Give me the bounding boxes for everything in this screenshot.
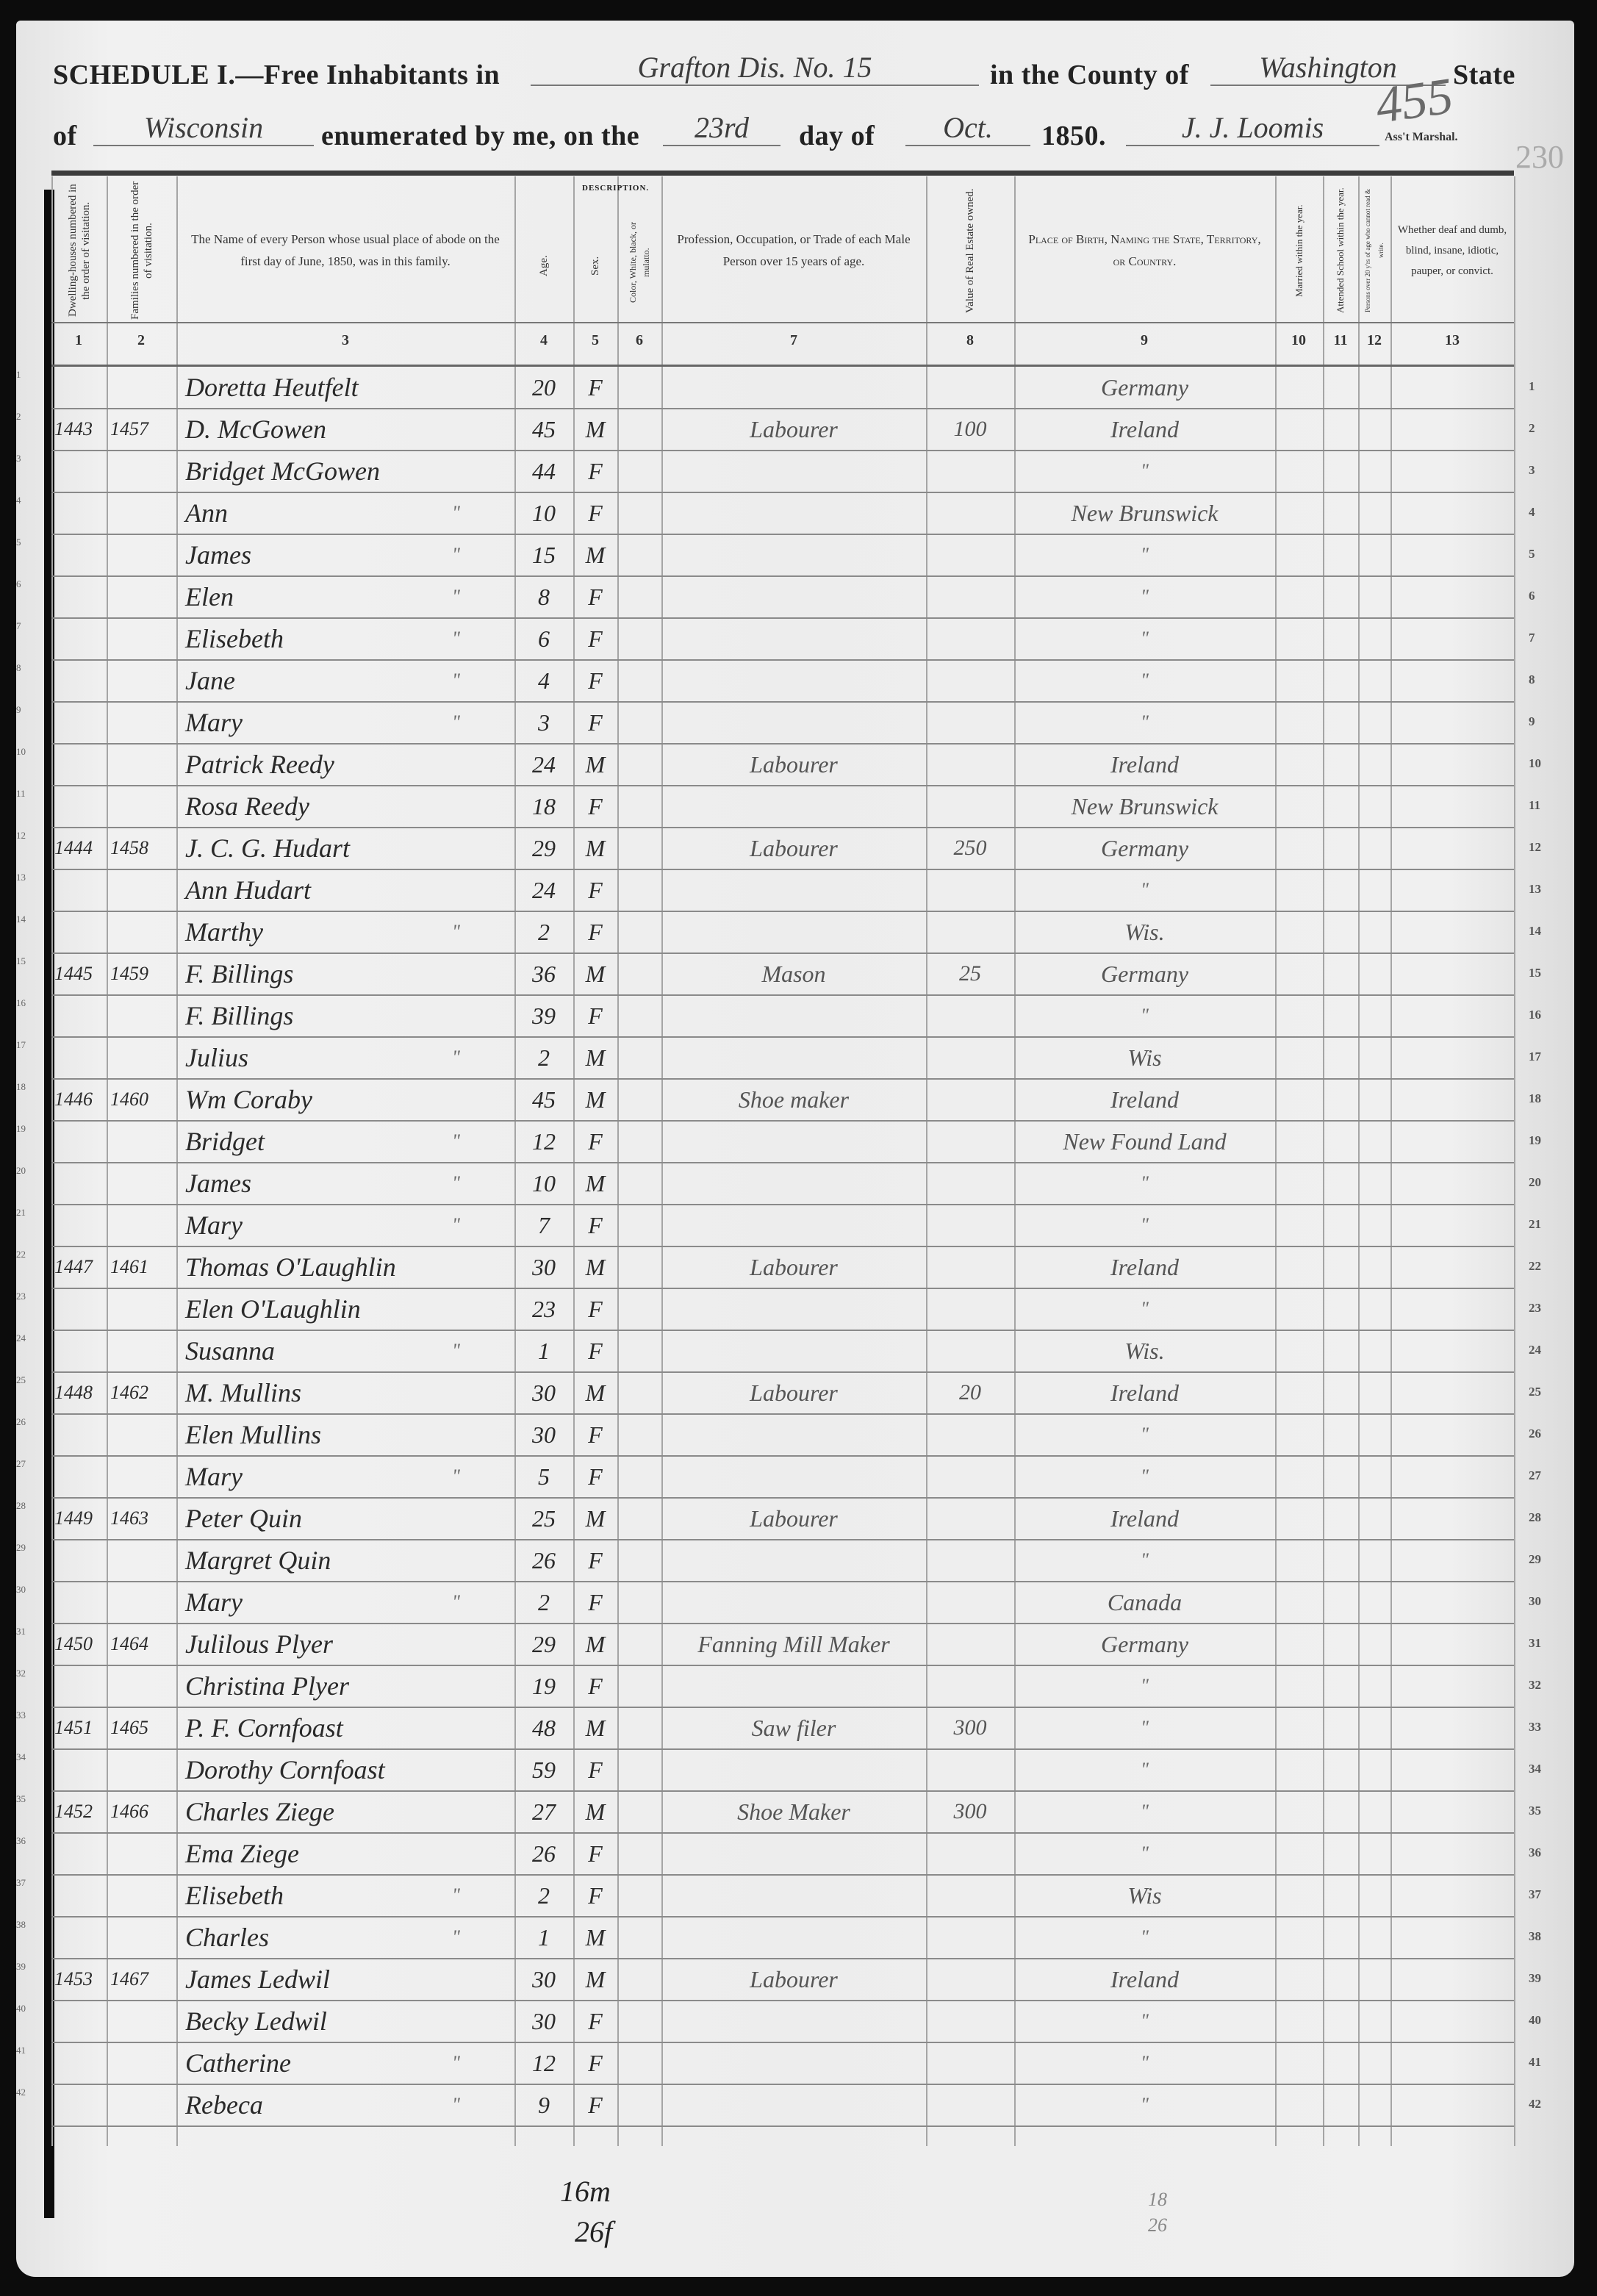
- birthplace: ": [1018, 537, 1271, 573]
- sex: F: [575, 1207, 616, 1244]
- line-number-right: 28: [1529, 1510, 1541, 1525]
- real-estate-value: [930, 578, 1011, 615]
- census-record-row: 31 1450 1464 Julilous Plyer 29 M Fanning…: [51, 1623, 1514, 1666]
- dwelling-number: [54, 2045, 106, 2081]
- colnum-10: 10: [1291, 332, 1306, 349]
- family-number: [110, 1542, 175, 1579]
- real-estate-value: [930, 1207, 1011, 1244]
- birthplace: Ireland: [1018, 746, 1271, 783]
- sex: M: [575, 955, 616, 992]
- census-record-row: 30 Mary " 2 F Canada 30: [51, 1581, 1514, 1624]
- line-number-right: 41: [1529, 2055, 1541, 2070]
- birthplace: Ireland: [1018, 1081, 1271, 1118]
- sex: F: [575, 369, 616, 406]
- family-number: [110, 1919, 175, 1956]
- surname-ditto-mark: [452, 1961, 474, 1998]
- census-record-row: 13 Ann Hudart 24 F " 13: [51, 869, 1514, 912]
- family-number: 1459: [110, 955, 175, 992]
- state-field: Wisconsin: [93, 110, 314, 146]
- sex: F: [575, 704, 616, 741]
- family-number: 1461: [110, 1249, 175, 1285]
- age: 12: [516, 2045, 572, 2081]
- sex: M: [575, 1165, 616, 1202]
- sex: F: [575, 2003, 616, 2040]
- dwelling-number: [54, 704, 106, 741]
- line-number-right: 40: [1529, 2013, 1541, 2028]
- census-record-row: 35 1452 1466 Charles Ziege 27 M Shoe Mak…: [51, 1790, 1514, 1834]
- census-record-row: 3 Bridget McGowen 44 F " 3: [51, 450, 1514, 493]
- line-number-right: 35: [1529, 1804, 1541, 1818]
- family-number: [110, 1416, 175, 1453]
- surname-ditto-mark: ": [452, 704, 474, 741]
- stamped-page-number: 230: [1515, 138, 1564, 176]
- family-number: [110, 1165, 175, 1202]
- sex: F: [575, 1668, 616, 1704]
- birthplace: ": [1018, 453, 1271, 489]
- family-number: [110, 1123, 175, 1160]
- census-record-row: 37 Elisebeth " 2 F Wis 37: [51, 1874, 1514, 1917]
- occupation: [665, 537, 922, 573]
- line-number-left: 21: [16, 1207, 26, 1219]
- age: 2: [516, 1877, 572, 1914]
- occupation: Labourer: [665, 1249, 922, 1285]
- birthplace: ": [1018, 1751, 1271, 1788]
- age: 23: [516, 1291, 572, 1327]
- family-number: [110, 1668, 175, 1704]
- age: 18: [516, 788, 572, 825]
- family-number: [110, 872, 175, 908]
- occupation: [665, 2003, 922, 2040]
- surname-ditto-mark: [452, 411, 474, 448]
- age: 30: [516, 1416, 572, 1453]
- census-record-row: 1 Doretta Heutfelt 20 F Germany 1: [51, 366, 1514, 409]
- real-estate-value: [930, 620, 1011, 657]
- real-estate-value: [930, 1584, 1011, 1621]
- occupation: [665, 704, 922, 741]
- occupation: [665, 495, 922, 531]
- colnum-13: 13: [1445, 332, 1460, 349]
- line-number-left: 5: [16, 537, 21, 548]
- occupation: [665, 1165, 922, 1202]
- family-number: [110, 746, 175, 783]
- dwelling-number: [54, 1835, 106, 1872]
- age: 30: [516, 1249, 572, 1285]
- dwelling-number: [54, 1332, 106, 1369]
- line-number-left: 28: [16, 1500, 26, 1512]
- age: 10: [516, 495, 572, 531]
- line-number-left: 7: [16, 620, 21, 632]
- line-number-right: 9: [1529, 714, 1535, 729]
- line-number-right: 24: [1529, 1343, 1541, 1357]
- surname-ditto-mark: [452, 788, 474, 825]
- sex: M: [575, 1500, 616, 1537]
- census-record-row: 29 Margret Quin 26 F " 29: [51, 1539, 1514, 1582]
- real-estate-value: [930, 1835, 1011, 1872]
- colnum-3: 3: [342, 332, 349, 349]
- family-number: [110, 914, 175, 950]
- birthplace: Germany: [1018, 830, 1271, 867]
- sex: M: [575, 1710, 616, 1746]
- sex: F: [575, 2045, 616, 2081]
- of-label: of: [53, 120, 77, 152]
- dwelling-number: [54, 578, 106, 615]
- dwelling-number: [54, 746, 106, 783]
- age: 9: [516, 2087, 572, 2123]
- occupation: [665, 578, 922, 615]
- census-record-row: 40 Becky Ledwil 30 F " 40: [51, 2000, 1514, 2043]
- line-number-left: 11: [16, 788, 26, 800]
- colnum-7: 7: [790, 332, 797, 349]
- header-family: Families numbered in the order of visita…: [110, 181, 174, 320]
- occupation: [665, 1416, 922, 1453]
- occupation: [665, 997, 922, 1034]
- occupation: Fanning Mill Maker: [665, 1626, 922, 1662]
- surname-ditto-mark: [452, 2003, 474, 2040]
- dwelling-number: 1453: [54, 1961, 106, 1998]
- header-age: Age.: [516, 215, 572, 318]
- day-field: 23rd: [663, 110, 780, 146]
- real-estate-value: [930, 2087, 1011, 2123]
- line-number-left: 22: [16, 1249, 26, 1260]
- real-estate-value: 300: [930, 1793, 1011, 1830]
- family-number: 1467: [110, 1961, 175, 1998]
- header-real-estate: Value of Real Estate owned.: [930, 181, 1011, 320]
- surname-ditto-mark: ": [452, 1039, 474, 1076]
- real-estate-value: [930, 1919, 1011, 1956]
- census-record-row: 12 1444 1458 J. C. G. Hudart 29 M Labour…: [51, 827, 1514, 870]
- census-record-row: 16 F. Billings 39 F " 16: [51, 994, 1514, 1038]
- real-estate-value: [930, 1458, 1011, 1495]
- occupation: [665, 1919, 922, 1956]
- census-record-row: 11 Rosa Reedy 18 F New Brunswick 11: [51, 785, 1514, 828]
- line-number-right: 17: [1529, 1050, 1541, 1064]
- line-number-right: 12: [1529, 840, 1541, 855]
- census-record-row: 9 Mary " 3 F " 9: [51, 701, 1514, 745]
- birthplace: ": [1018, 1835, 1271, 1872]
- census-record-row: 2 1443 1457 D. McGowen 45 M Labourer 100…: [51, 408, 1514, 451]
- surname-ditto-mark: [452, 1751, 474, 1788]
- surname-ditto-mark: ": [452, 578, 474, 615]
- birthplace: Canada: [1018, 1584, 1271, 1621]
- real-estate-value: 20: [930, 1374, 1011, 1411]
- birthplace: Germany: [1018, 955, 1271, 992]
- age: 45: [516, 1081, 572, 1118]
- dwelling-number: [54, 1207, 106, 1244]
- surname-ditto-mark: [452, 1500, 474, 1537]
- occupation: [665, 914, 922, 950]
- occupation: [665, 1291, 922, 1327]
- dwelling-number: [54, 620, 106, 657]
- surname-ditto-mark: [452, 1668, 474, 1704]
- sex: M: [575, 830, 616, 867]
- age: 15: [516, 537, 572, 573]
- surname-ditto-mark: ": [452, 1458, 474, 1495]
- sex: M: [575, 1374, 616, 1411]
- surname-ditto-mark: [452, 1416, 474, 1453]
- line-number-right: 29: [1529, 1552, 1541, 1567]
- family-number: [110, 2003, 175, 2040]
- surname-ditto-mark: ": [452, 537, 474, 573]
- birthplace: ": [1018, 1542, 1271, 1579]
- census-record-row: 39 1453 1467 James Ledwil 30 M Labourer …: [51, 1958, 1514, 2001]
- family-number: [110, 1207, 175, 1244]
- sex: F: [575, 578, 616, 615]
- line-number-right: 39: [1529, 1971, 1541, 1986]
- birthplace: New Brunswick: [1018, 495, 1271, 531]
- line-number-left: 42: [16, 2087, 26, 2098]
- family-number: [110, 2045, 175, 2081]
- birthplace: New Brunswick: [1018, 788, 1271, 825]
- line-number-right: 6: [1529, 589, 1535, 603]
- line-number-left: 6: [16, 578, 21, 590]
- header-occupation: Profession, Occupation, or Trade of each…: [669, 181, 919, 320]
- occupation: Saw filer: [665, 1710, 922, 1746]
- day-of-label: day of: [799, 120, 875, 152]
- line-number-left: 2: [16, 411, 21, 423]
- line-number-right: 37: [1529, 1887, 1541, 1902]
- birthplace: ": [1018, 662, 1271, 699]
- birthplace: Wis.: [1018, 1332, 1271, 1369]
- header-description-group: DESCRIPTION.: [582, 184, 649, 193]
- census-record-row: 15 1445 1459 F. Billings 36 M Mason 25 G…: [51, 953, 1514, 996]
- dwelling-number: [54, 872, 106, 908]
- birthplace: ": [1018, 2045, 1271, 2081]
- faint-tally-2: 26: [1148, 2214, 1167, 2236]
- occupation: [665, 1123, 922, 1160]
- line-number-right: 31: [1529, 1636, 1541, 1651]
- colnum-5: 5: [592, 332, 599, 349]
- sex: M: [575, 1249, 616, 1285]
- surname-ditto-mark: [452, 997, 474, 1034]
- surname-ditto-mark: ": [452, 1877, 474, 1914]
- line-number-right: 38: [1529, 1929, 1541, 1944]
- line-number-left: 23: [16, 1291, 26, 1302]
- real-estate-value: [930, 872, 1011, 908]
- real-estate-value: [930, 453, 1011, 489]
- age: 3: [516, 704, 572, 741]
- sex: F: [575, 788, 616, 825]
- sex: M: [575, 1919, 616, 1956]
- sex: F: [575, 1332, 616, 1369]
- line-number-left: 16: [16, 997, 26, 1009]
- birthplace: Ireland: [1018, 1374, 1271, 1411]
- occupation: Labourer: [665, 1961, 922, 1998]
- census-record-row: 34 Dorothy Cornfoast 59 F " 34: [51, 1748, 1514, 1792]
- enumerator-signature: J. J. Loomis: [1126, 110, 1379, 146]
- real-estate-value: [930, 2045, 1011, 2081]
- dwelling-number: 1449: [54, 1500, 106, 1537]
- colnum-12: 12: [1367, 332, 1382, 349]
- census-record-row: 14 Marthy " 2 F Wis. 14: [51, 911, 1514, 954]
- real-estate-value: [930, 704, 1011, 741]
- age: 59: [516, 1751, 572, 1788]
- dwelling-number: [54, 1416, 106, 1453]
- surname-ditto-mark: [452, 955, 474, 992]
- birthplace: ": [1018, 1207, 1271, 1244]
- surname-ditto-mark: [452, 746, 474, 783]
- surname-ditto-mark: [452, 1542, 474, 1579]
- occupation: Shoe Maker: [665, 1793, 922, 1830]
- real-estate-value: [930, 788, 1011, 825]
- surname-ditto-mark: ": [452, 2087, 474, 2123]
- real-estate-value: [930, 1668, 1011, 1704]
- occupation: Shoe maker: [665, 1081, 922, 1118]
- sex: M: [575, 1626, 616, 1662]
- family-number: 1463: [110, 1500, 175, 1537]
- real-estate-value: [930, 1500, 1011, 1537]
- sex: F: [575, 1542, 616, 1579]
- line-number-right: 19: [1529, 1133, 1541, 1148]
- birthplace: Ireland: [1018, 411, 1271, 448]
- line-number-left: 25: [16, 1374, 26, 1386]
- dwelling-number: [54, 1123, 106, 1160]
- sex: F: [575, 620, 616, 657]
- line-number-left: 30: [16, 1584, 26, 1596]
- age: 2: [516, 914, 572, 950]
- real-estate-value: [930, 1626, 1011, 1662]
- family-number: [110, 578, 175, 615]
- census-record-row: 36 Ema Ziege 26 F " 36: [51, 1832, 1514, 1876]
- line-number-left: 31: [16, 1626, 26, 1637]
- real-estate-value: [930, 1165, 1011, 1202]
- line-number-right: 26: [1529, 1427, 1541, 1441]
- surname-ditto-mark: [452, 1291, 474, 1327]
- family-number: [110, 620, 175, 657]
- dwelling-number: 1448: [54, 1374, 106, 1411]
- census-table: Dwelling-houses numbered in the order of…: [51, 171, 1514, 2140]
- age: 4: [516, 662, 572, 699]
- line-number-left: 12: [16, 830, 26, 842]
- dwelling-number: [54, 1542, 106, 1579]
- header-illiterate: Persons over 20 y'rs of age who cannot r…: [1360, 181, 1389, 320]
- family-number: [110, 1458, 175, 1495]
- occupation: Labourer: [665, 1374, 922, 1411]
- real-estate-value: [930, 537, 1011, 573]
- dwelling-number: [54, 914, 106, 950]
- surname-ditto-mark: [452, 1793, 474, 1830]
- occupation: [665, 1668, 922, 1704]
- sex: F: [575, 914, 616, 950]
- real-estate-value: [930, 1332, 1011, 1369]
- column-number-row: 1 2 3 4 5 6 7 8 9 10 11 12 13: [51, 322, 1514, 367]
- line-number-left: 34: [16, 1751, 26, 1763]
- census-record-row: 18 1446 1460 Wm Coraby 45 M Shoe maker I…: [51, 1078, 1514, 1122]
- age: 39: [516, 997, 572, 1034]
- sex: M: [575, 1961, 616, 1998]
- family-number: [110, 997, 175, 1034]
- family-number: [110, 495, 175, 531]
- family-number: [110, 537, 175, 573]
- birthplace: ": [1018, 1710, 1271, 1746]
- occupation: [665, 1751, 922, 1788]
- age: 45: [516, 411, 572, 448]
- dwelling-number: [54, 495, 106, 531]
- real-estate-value: [930, 1081, 1011, 1118]
- census-record-row: 33 1451 1465 P. F. Cornfoast 48 M Saw fi…: [51, 1707, 1514, 1750]
- header-name: The Name of every Person whose usual pla…: [184, 181, 507, 320]
- occupation: [665, 369, 922, 406]
- line-number-right: 2: [1529, 421, 1535, 436]
- age: 24: [516, 746, 572, 783]
- colnum-6: 6: [636, 332, 643, 349]
- age: 19: [516, 1668, 572, 1704]
- occupation: [665, 662, 922, 699]
- census-record-row: 22 1447 1461 Thomas O'Laughlin 30 M Labo…: [51, 1246, 1514, 1289]
- family-number: 1457: [110, 411, 175, 448]
- real-estate-value: [930, 997, 1011, 1034]
- sex: M: [575, 1039, 616, 1076]
- birthplace: ": [1018, 704, 1271, 741]
- line-number-right: 13: [1529, 882, 1541, 897]
- sex: M: [575, 411, 616, 448]
- real-estate-value: [930, 746, 1011, 783]
- sex: F: [575, 872, 616, 908]
- surname-ditto-mark: [452, 872, 474, 908]
- line-number-right: 8: [1529, 672, 1535, 687]
- line-number-left: 14: [16, 914, 26, 925]
- month-field: Oct.: [905, 110, 1030, 146]
- occupation: Labourer: [665, 746, 922, 783]
- birthplace: ": [1018, 1416, 1271, 1453]
- line-number-right: 25: [1529, 1385, 1541, 1399]
- census-record-row: 38 Charles " 1 M " 38: [51, 1916, 1514, 1959]
- sex: F: [575, 2087, 616, 2123]
- dwelling-number: 1443: [54, 411, 106, 448]
- age: 1: [516, 1919, 572, 1956]
- birthplace: ": [1018, 1458, 1271, 1495]
- birthplace: New Found Land: [1018, 1123, 1271, 1160]
- line-number-right: 11: [1529, 798, 1540, 813]
- line-number-right: 1: [1529, 379, 1535, 394]
- sex: M: [575, 1081, 616, 1118]
- line-number-left: 24: [16, 1332, 26, 1344]
- occupation: [665, 1332, 922, 1369]
- line-number-left: 17: [16, 1039, 26, 1051]
- occupation: Mason: [665, 955, 922, 992]
- surname-ditto-mark: [452, 1626, 474, 1662]
- surname-ditto-mark: ": [452, 1207, 474, 1244]
- occupation: [665, 1584, 922, 1621]
- age: 10: [516, 1165, 572, 1202]
- line-number-left: 33: [16, 1710, 26, 1721]
- birthplace: ": [1018, 2003, 1271, 2040]
- occupation: [665, 1458, 922, 1495]
- surname-ditto-mark: [452, 830, 474, 867]
- age: 20: [516, 369, 572, 406]
- family-number: [110, 369, 175, 406]
- census-record-row: 24 Susanna " 1 F Wis. 24: [51, 1330, 1514, 1373]
- dwelling-number: 1444: [54, 830, 106, 867]
- line-number-left: 3: [16, 453, 21, 464]
- dwelling-number: [54, 1919, 106, 1956]
- census-record-row: 28 1449 1463 Peter Quin 25 M Labourer Ir…: [51, 1497, 1514, 1540]
- census-record-row: 4 Ann " 10 F New Brunswick 4: [51, 492, 1514, 535]
- sex: F: [575, 1751, 616, 1788]
- colnum-11: 11: [1334, 332, 1348, 349]
- age: 26: [516, 1542, 572, 1579]
- sex: M: [575, 746, 616, 783]
- dwelling-number: [54, 453, 106, 489]
- sex: F: [575, 1291, 616, 1327]
- family-number: [110, 1751, 175, 1788]
- schedule-prefix: SCHEDULE I.: [53, 60, 235, 90]
- sex: M: [575, 537, 616, 573]
- age: 30: [516, 1374, 572, 1411]
- line-number-right: 5: [1529, 547, 1535, 562]
- family-number: [110, 1877, 175, 1914]
- census-record-row: 27 Mary " 5 F " 27: [51, 1455, 1514, 1499]
- line-number-left: 8: [16, 662, 21, 674]
